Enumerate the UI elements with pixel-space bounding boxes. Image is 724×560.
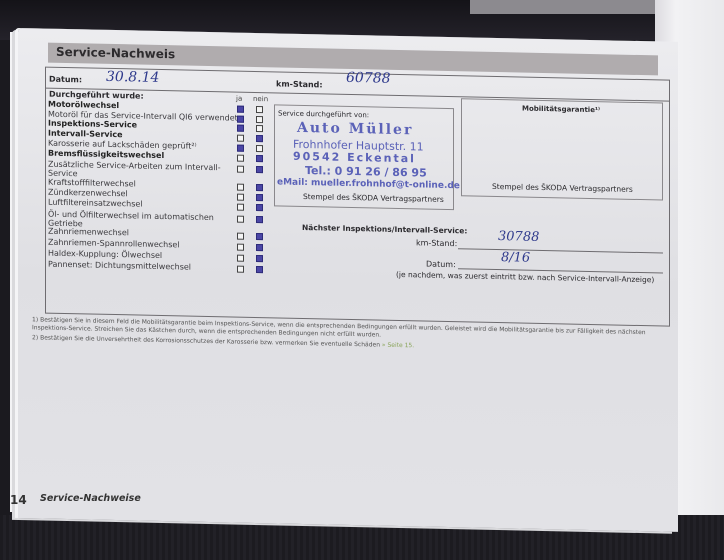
checkbox-nein[interactable]	[256, 244, 263, 251]
checkbox-nein[interactable]	[256, 255, 263, 262]
stamp-line4: Tel.: 0 91 26 / 86 95	[305, 164, 427, 180]
checkbox-nein[interactable]	[256, 106, 263, 113]
km-label: km-Stand:	[276, 79, 323, 89]
page-title: Service-Nachweis	[56, 45, 175, 61]
checkbox-ja[interactable]	[237, 194, 244, 201]
checkbox-ja[interactable]	[237, 233, 244, 240]
checkbox-nein[interactable]	[256, 216, 263, 223]
km-value[interactable]: 60788	[346, 70, 391, 87]
page-15-link[interactable]: » Seite 15.	[382, 342, 414, 350]
next-date-label: Datum:	[426, 260, 456, 270]
checkbox-nein[interactable]	[256, 194, 263, 201]
checkbox-ja[interactable]	[237, 255, 244, 262]
checkbox-ja[interactable]	[237, 204, 244, 211]
mobility-caption: Stempel des ŠKODA Vertragspartners	[492, 182, 633, 194]
checkbox-nein[interactable]	[256, 166, 263, 173]
date-label: Datum:	[49, 75, 82, 85]
checkbox-ja[interactable]	[237, 166, 244, 173]
checkbox-ja[interactable]	[237, 135, 244, 142]
footnote-1-marker: 1)	[32, 316, 38, 323]
next-service-label: Nächster Inspektions/Intervall-Service:	[302, 223, 467, 235]
checkbox-ja[interactable]	[237, 155, 244, 162]
service-record-form: Datum: 30.8.14 km-Stand: 60788 Durchgefü…	[45, 67, 670, 327]
checkbox-ja[interactable]	[237, 125, 244, 132]
checkbox-ja[interactable]	[237, 244, 244, 251]
stamp-line3: 90542 Eckental	[293, 150, 416, 166]
mobility-title: Mobilitätsgarantie¹⁾	[522, 105, 600, 115]
next-date-value[interactable]: 8/16	[501, 250, 530, 266]
checkbox-ja[interactable]	[237, 106, 244, 113]
col-yes: ja	[236, 95, 242, 103]
service-by-label: Service durchgeführt von:	[278, 109, 369, 119]
next-km-label: km-Stand:	[416, 238, 457, 248]
next-km-line	[458, 248, 663, 253]
checkbox-nein[interactable]	[256, 204, 263, 211]
checkbox-ja[interactable]	[237, 116, 244, 123]
checkbox-nein[interactable]	[256, 125, 263, 132]
checkbox-nein[interactable]	[256, 233, 263, 240]
dealer-stamp-box: Service durchgeführt von: Auto Müller Fr…	[274, 104, 454, 210]
checkbox-nein[interactable]	[256, 135, 263, 142]
stamp-caption: Stempel des ŠKODA Vertragspartners	[303, 192, 444, 204]
checkbox-ja[interactable]	[237, 266, 244, 273]
col-no: nein	[253, 95, 268, 103]
checkbox-ja[interactable]	[237, 184, 244, 191]
page-number: 14	[10, 493, 27, 507]
footer-title: Service-Nachweise	[40, 493, 141, 504]
stamp-line5: eMail: mueller.frohnhof@t-online.de	[277, 177, 460, 191]
checkbox-nein[interactable]	[256, 155, 263, 162]
checkbox-nein[interactable]	[256, 116, 263, 123]
footnote-2-marker: 2)	[32, 334, 38, 341]
checkbox-ja[interactable]	[237, 145, 244, 152]
checkbox-nein[interactable]	[256, 145, 263, 152]
service-item-label: Pannenset: Dichtungsmittelwechsel	[48, 260, 238, 273]
mobility-guarantee-box: Mobilitätsgarantie¹⁾ Stempel des ŠKODA V…	[461, 98, 663, 200]
checkbox-nein[interactable]	[256, 266, 263, 273]
next-km-value[interactable]: 30788	[498, 229, 539, 245]
stamp-line1: Auto Müller	[297, 120, 413, 138]
date-value[interactable]: 30.8.14	[106, 69, 159, 86]
manual-page: Service-Nachweis Datum: 30.8.14 km-Stand…	[18, 28, 678, 532]
checkbox-nein[interactable]	[256, 184, 263, 191]
checkbox-ja[interactable]	[237, 216, 244, 223]
